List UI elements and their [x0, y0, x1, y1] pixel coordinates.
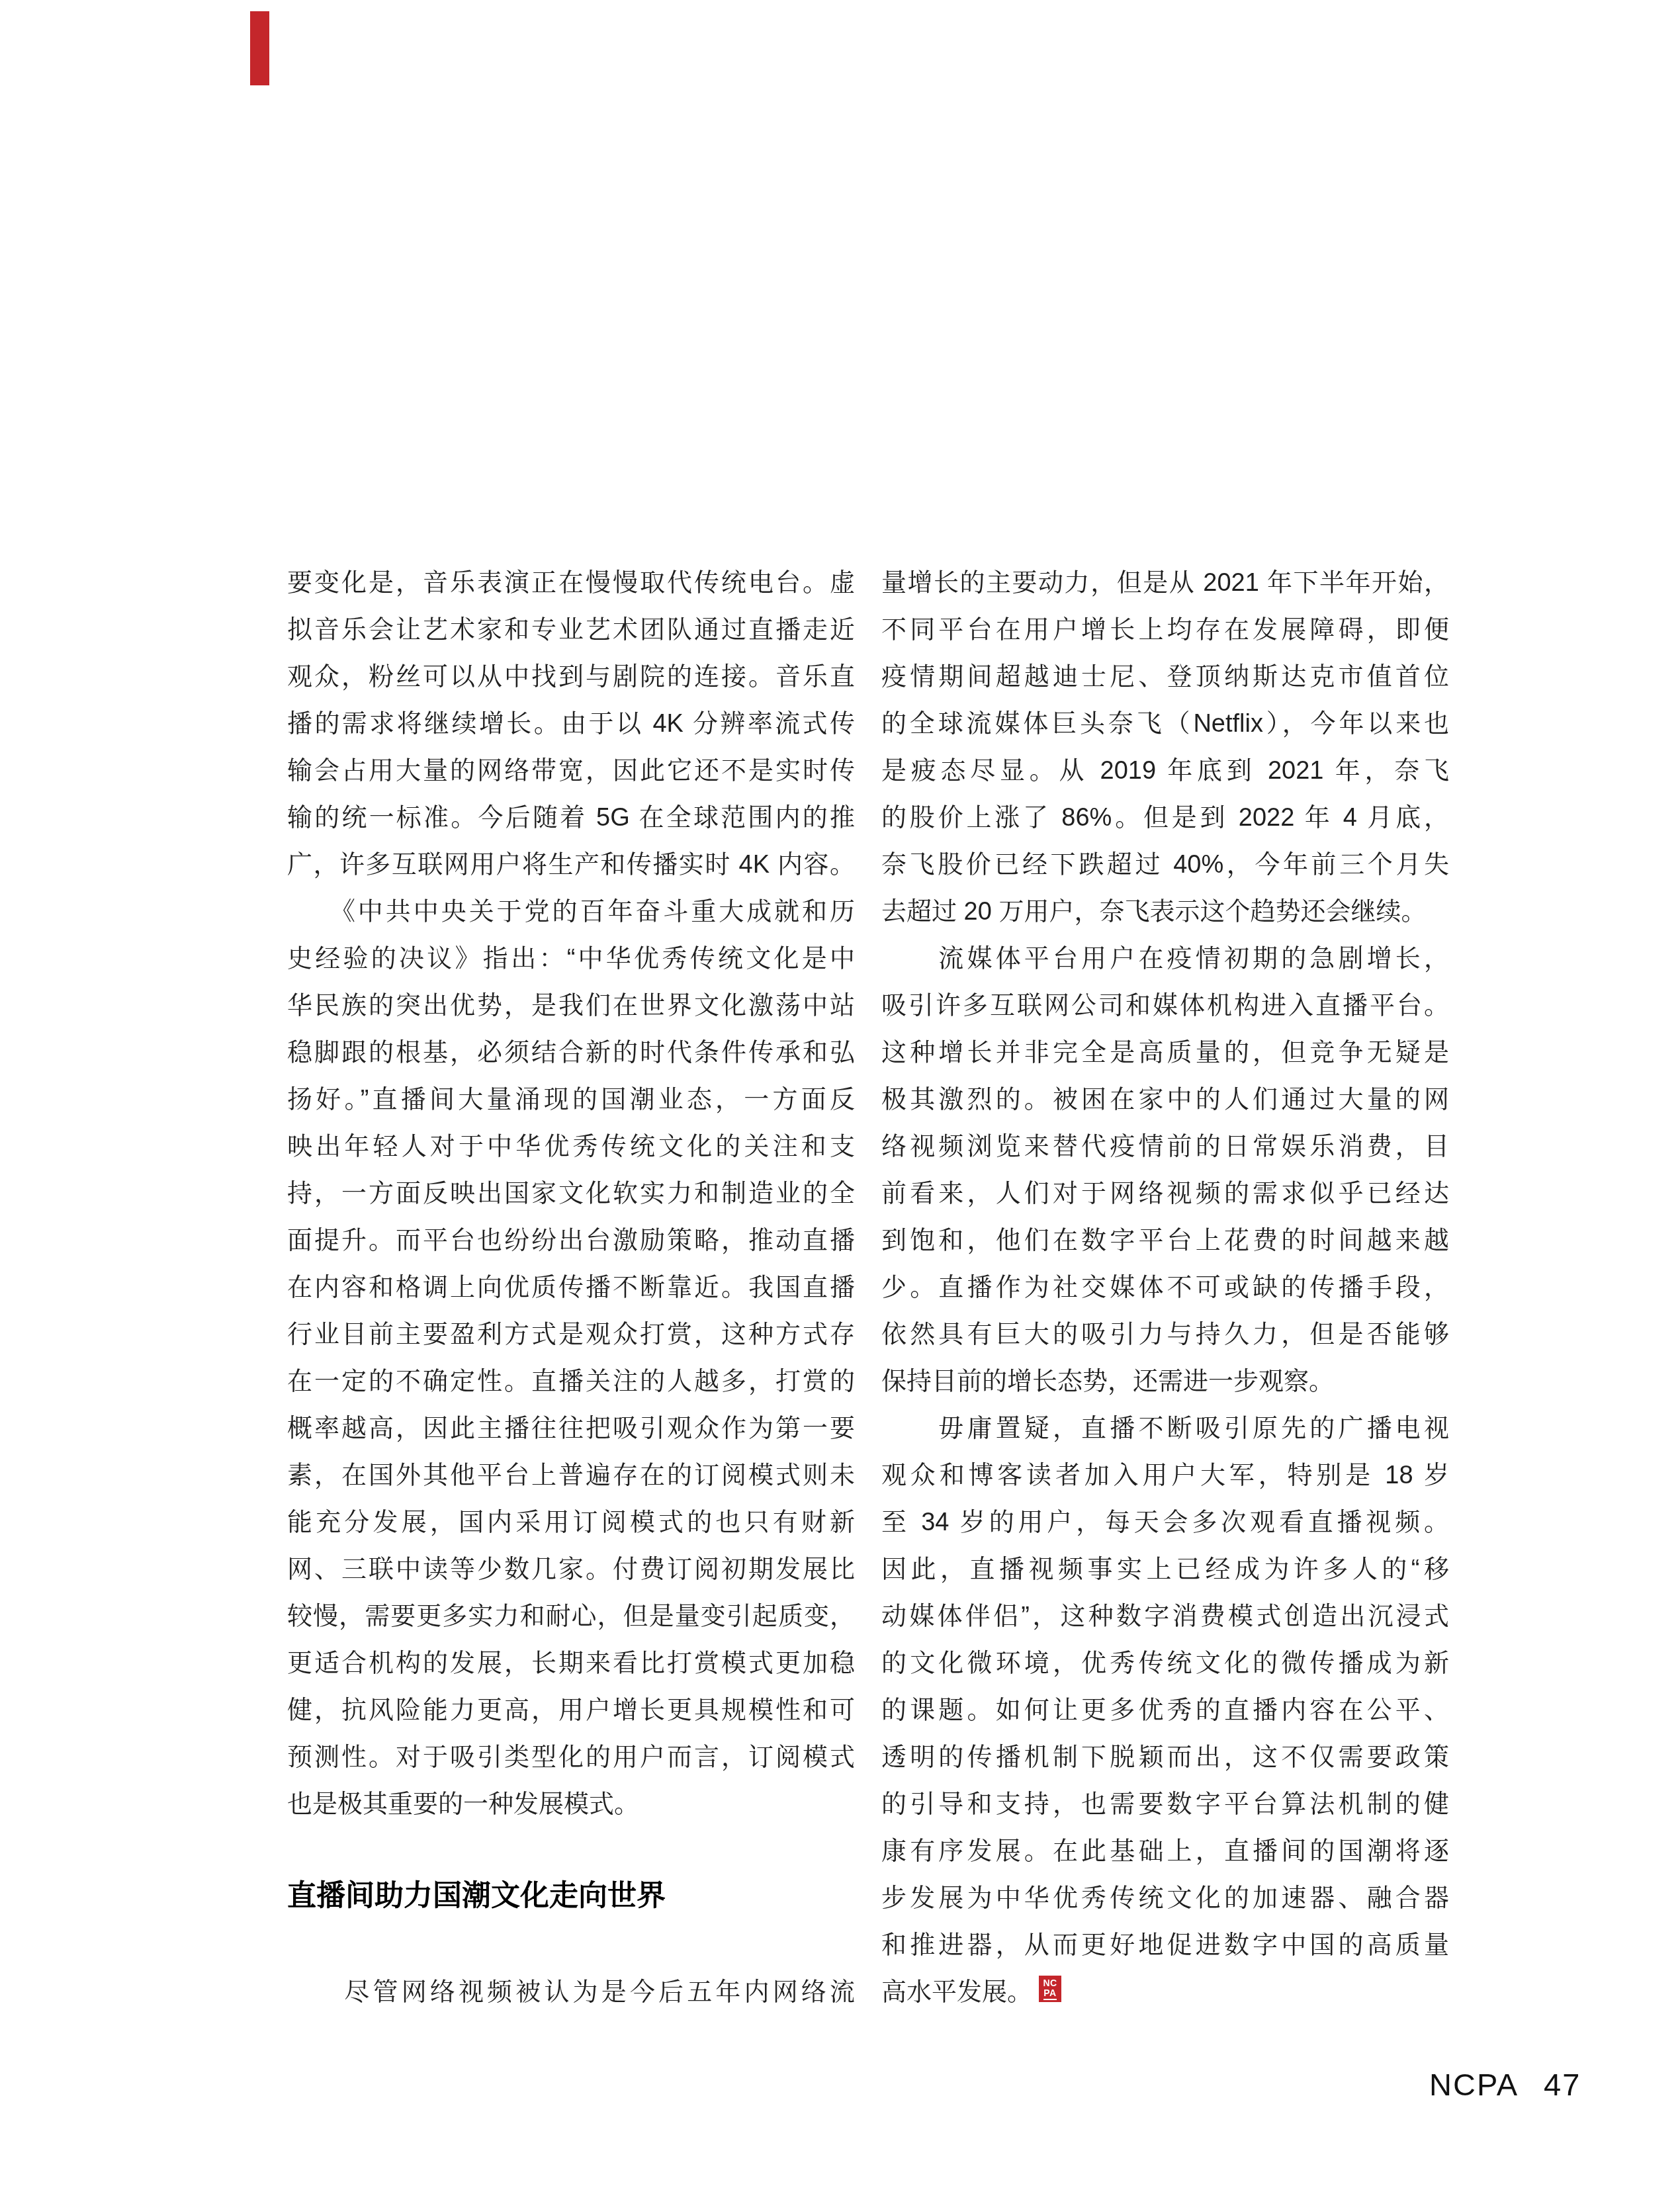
- text-line: 络视频浏览来替代疫情前的日常娱乐消费，目: [881, 1123, 1449, 1170]
- paragraph: 量增长的主要动力，但是从 2021 年下半年开始，不同平台在用户增长上均存在发展…: [881, 560, 1449, 936]
- text-line: 网、三联中读等少数几家。付费订阅初期发展比: [287, 1546, 855, 1593]
- text-line: 去超过 20 万用户，奈飞表示这个趋势还会继续。: [881, 889, 1449, 936]
- text-line: 播的需求将继续增长。由于以 4K 分辨率流式传: [287, 701, 855, 748]
- text-line: 广，许多互联网用户将生产和传播实时 4K 内容。: [287, 842, 855, 889]
- text-line: 流媒体平台用户在疫情初期的急剧增长，: [881, 936, 1449, 983]
- magazine-page: 要变化是，音乐表演正在慢慢取代传统电台。虚拟音乐会让艺术家和专业艺术团队通过直播…: [0, 0, 1680, 2188]
- text-line: 稳脚跟的根基，必须结合新的时代条件传承和弘: [287, 1029, 855, 1076]
- section-marker-bar: [250, 11, 269, 85]
- text-line: 动媒体伴侣”，这种数字消费模式创造出沉浸式: [881, 1593, 1449, 1640]
- text-line: 康有序发展。在此基础上，直播间的国潮将逐: [881, 1828, 1449, 1875]
- text-line: 《中共中央关于党的百年奋斗重大成就和历: [287, 889, 855, 936]
- text-line: 和推进器，从而更好地促进数字中国的高质量: [881, 1922, 1449, 1969]
- text-line: 观众和博客读者加入用户大军，特别是 18 岁: [881, 1452, 1449, 1499]
- section-heading: 直播间助力国潮文化走向世界: [287, 1876, 666, 1916]
- text-line: 疫情期间超越迪士尼、登顶纳斯达克市值首位: [881, 654, 1449, 701]
- text-line: 面提升。而平台也纷纷出台激励策略，推动直播: [287, 1217, 855, 1264]
- paragraph: 毋庸置疑，直播不断吸引原先的广播电视观众和博客读者加入用户大军，特别是 18 岁…: [881, 1405, 1449, 2016]
- text-line: 的引导和支持，也需要数字平台算法机制的健: [881, 1781, 1449, 1828]
- text-line: 拟音乐会让艺术家和专业艺术团队通过直播走近: [287, 607, 855, 654]
- text-line: 映出年轻人对于中华优秀传统文化的关注和支: [287, 1123, 855, 1170]
- text-line: 史经验的决议》指出：“中华优秀传统文化是中: [287, 936, 855, 983]
- text-line: 这种增长并非完全是高质量的，但竞争无疑是: [881, 1029, 1449, 1076]
- text-line: 量增长的主要动力，但是从 2021 年下半年开始，: [881, 560, 1449, 607]
- text-line: 透明的传播机制下脱颖而出，这不仅需要政策: [881, 1734, 1449, 1781]
- text-line: 扬好。”直播间大量涌现的国潮业态，一方面反: [287, 1076, 855, 1123]
- text-line: 奈飞股价已经下跌超过 40%，今年前三个月失: [881, 842, 1449, 889]
- text-line: 较慢，需要更多实力和耐心，但是量变引起质变，: [287, 1593, 855, 1640]
- text-line: 华民族的突出优势，是我们在世界文化激荡中站: [287, 983, 855, 1029]
- text-line: 预测性。对于吸引类型化的用户而言，订阅模式: [287, 1734, 855, 1781]
- text-line: 因此，直播视频事实上已经成为许多人的“移: [881, 1546, 1449, 1593]
- paragraph: 流媒体平台用户在疫情初期的急剧增长，吸引许多互联网公司和媒体机构进入直播平台。这…: [881, 936, 1449, 1405]
- paragraph: 尽管网络视频被认为是今后五年内网络流: [287, 1969, 855, 2016]
- text-line: 吸引许多互联网公司和媒体机构进入直播平台。: [881, 983, 1449, 1029]
- text-line: 到饱和，他们在数字平台上花费的时间越来越: [881, 1217, 1449, 1264]
- footer-brand: NCPA: [1429, 2067, 1519, 2102]
- text-line: 能充分发展，国内采用订阅模式的也只有财新: [287, 1499, 855, 1546]
- text-line: 观众，粉丝可以从中找到与剧院的连接。音乐直: [287, 654, 855, 701]
- ncpa-seal: NC PA: [1039, 1976, 1061, 2002]
- text-line: 的文化微环境，优秀传统文化的微传播成为新: [881, 1640, 1449, 1687]
- text-line: 少。直播作为社交媒体不可或缺的传播手段，: [881, 1264, 1449, 1311]
- paragraph: 《中共中央关于党的百年奋斗重大成就和历史经验的决议》指出：“中华优秀传统文化是中…: [287, 889, 855, 1828]
- paragraph: 要变化是，音乐表演正在慢慢取代传统电台。虚拟音乐会让艺术家和专业艺术团队通过直播…: [287, 560, 855, 889]
- page-footer: NCPA47: [1429, 2068, 1581, 2101]
- text-line: 在一定的不确定性。直播关注的人越多，打赏的: [287, 1358, 855, 1405]
- text-line: 高水平发展。: [881, 1969, 1449, 2016]
- text-line: 也是极其重要的一种发展模式。: [287, 1781, 855, 1828]
- page-number: 47: [1544, 2067, 1581, 2102]
- ncpa-seal-text-bottom: PA: [1043, 1988, 1056, 2000]
- text-line: 素，在国外其他平台上普遍存在的订阅模式则未: [287, 1452, 855, 1499]
- text-line: 尽管网络视频被认为是今后五年内网络流: [287, 1969, 855, 2016]
- text-line: 概率越高，因此主播往往把吸引观众作为第一要: [287, 1405, 855, 1452]
- text-line: 在内容和格调上向优质传播不断靠近。我国直播: [287, 1264, 855, 1311]
- text-line: 输的统一标准。今后随着 5G 在全球范围内的推: [287, 795, 855, 842]
- ncpa-seal-text-top: NC: [1043, 1978, 1057, 1988]
- text-line: 更适合机构的发展，长期来看比打赏模式更加稳: [287, 1640, 855, 1687]
- text-line: 要变化是，音乐表演正在慢慢取代传统电台。虚: [287, 560, 855, 607]
- text-line: 持，一方面反映出国家文化软实力和制造业的全: [287, 1170, 855, 1217]
- text-line: 的课题。如何让更多优秀的直播内容在公平、: [881, 1687, 1449, 1734]
- text-line: 保持目前的增长态势，还需进一步观察。: [881, 1358, 1449, 1405]
- text-line: 前看来，人们对于网络视频的需求似乎已经达: [881, 1170, 1449, 1217]
- text-line: 步发展为中华优秀传统文化的加速器、融合器: [881, 1875, 1449, 1922]
- text-line: 毋庸置疑，直播不断吸引原先的广播电视: [881, 1405, 1449, 1452]
- text-line: 输会占用大量的网络带宽，因此它还不是实时传: [287, 748, 855, 795]
- text-line: 依然具有巨大的吸引力与持久力，但是否能够: [881, 1311, 1449, 1358]
- text-line: 至 34 岁的用户，每天会多次观看直播视频。: [881, 1499, 1449, 1546]
- text-line: 的全球流媒体巨头奈飞（Netflix），今年以来也: [881, 701, 1449, 748]
- text-line: 不同平台在用户增长上均存在发展障碍，即便: [881, 607, 1449, 654]
- text-line: 的股价上涨了 86%。但是到 2022 年 4 月底，: [881, 795, 1449, 842]
- text-line: 健，抗风险能力更高，用户增长更具规模性和可: [287, 1687, 855, 1734]
- text-line: 是疲态尽显。从 2019 年底到 2021 年，奈飞: [881, 748, 1449, 795]
- text-line: 极其激烈的。被困在家中的人们通过大量的网: [881, 1076, 1449, 1123]
- text-line: 行业目前主要盈利方式是观众打赏，这种方式存: [287, 1311, 855, 1358]
